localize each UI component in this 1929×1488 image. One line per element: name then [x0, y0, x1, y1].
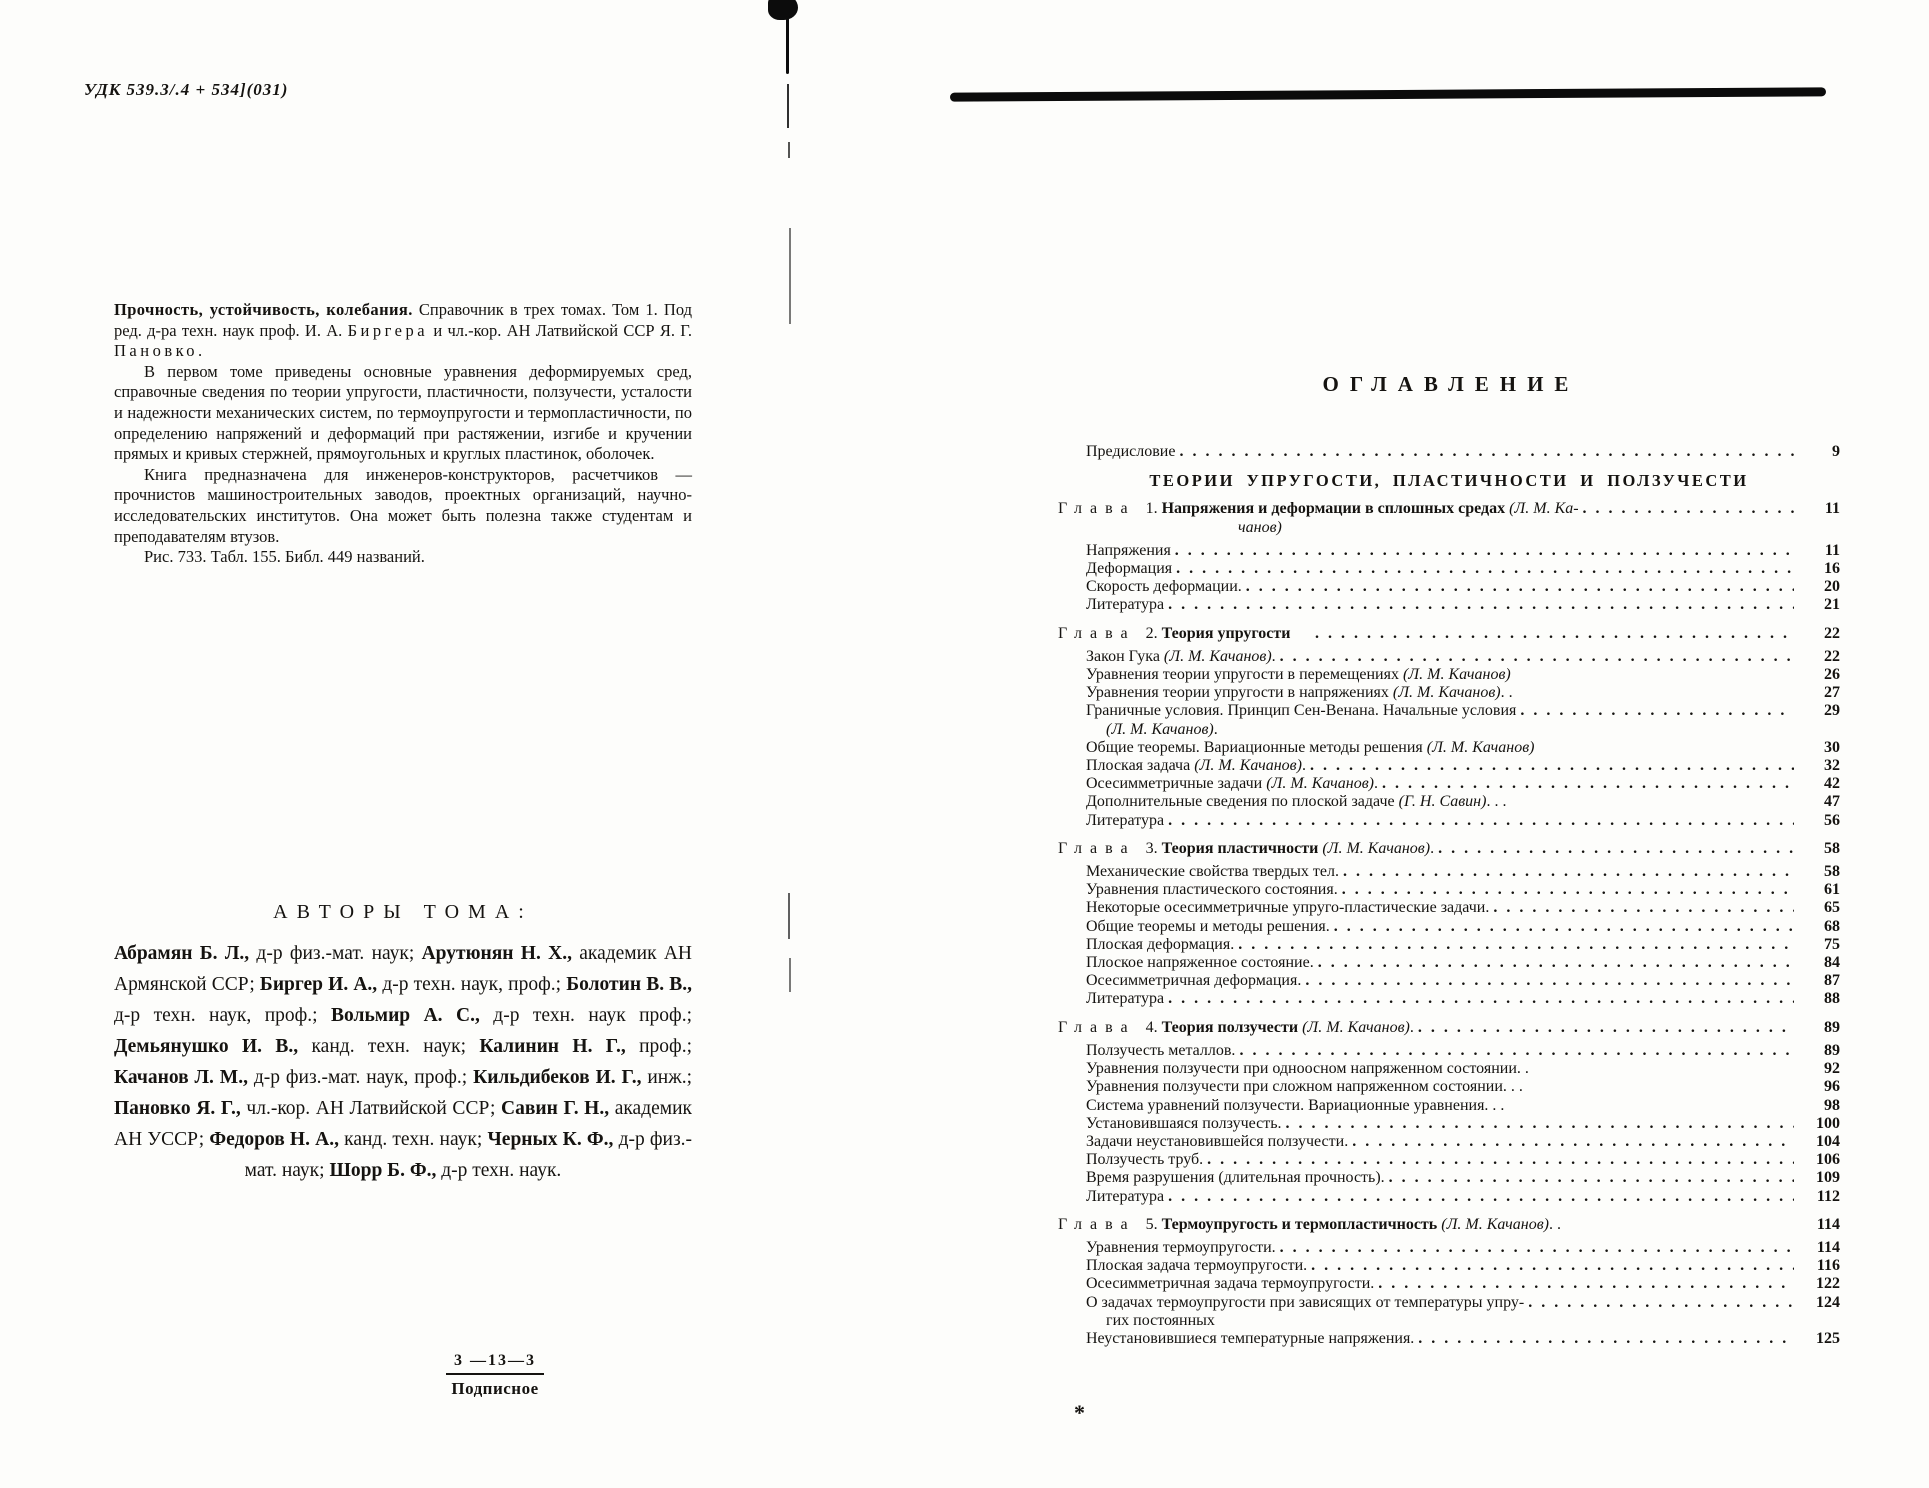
toc-text-segment: (Л. М. Качанов) [1164, 648, 1272, 665]
toc-entry-label: Глава1. Напряжения и деформации в сплошн… [1058, 500, 1579, 536]
toc-chapter-row: Глава1. Напряжения и деформации в сплошн… [1058, 500, 1840, 536]
toc-text-segment: Плоское напряженное состояние. [1086, 954, 1314, 971]
toc-page-number: 22 [1794, 625, 1840, 643]
toc-entry-label: Плоская деформация. [1086, 936, 1234, 954]
dot-leader [1164, 812, 1794, 830]
dot-leader [1311, 625, 1794, 643]
toc-text-segment: Литература [1086, 596, 1164, 613]
toc-entry-row: Осесимметричная задача термоупругости.12… [1086, 1275, 1840, 1293]
authors-paragraph: Абрамян Б. Л., д-р физ.-мат. наук; Арутю… [114, 938, 692, 1186]
toc-page-number: 125 [1794, 1330, 1840, 1348]
dot-leader [1301, 972, 1794, 990]
toc-text-segment: Уравнения теории упругости в перемещения… [1086, 666, 1403, 683]
toc-entry-row: Некоторые осесимметричные упруго-пластич… [1086, 899, 1840, 917]
dot-leader [1242, 578, 1794, 596]
toc-text-segment: Глава [1058, 1216, 1136, 1233]
toc-entry-label: Ползучесть труб. [1086, 1151, 1203, 1169]
toc-text-segment: Теория ползучести [1162, 1019, 1303, 1036]
dot-leader [1203, 1151, 1794, 1169]
toc-text-segment: Общие теоремы и методы решения. [1086, 918, 1330, 935]
author-title: д-р техн. наук, проф.; [114, 1005, 318, 1026]
toc-page-number: 88 [1794, 990, 1840, 1008]
toc-page-number: 116 [1794, 1257, 1840, 1275]
toc-text-segment: Уравнения теории упругости в напряжениях [1086, 684, 1393, 701]
toc-page-number: 114 [1794, 1239, 1840, 1257]
toc-page-number: 11 [1794, 500, 1840, 518]
toc-text-segment: . . . [1486, 793, 1506, 810]
toc-page-number: 109 [1794, 1169, 1840, 1187]
toc-entry-label: Неустановившиеся температурные напряжени… [1086, 1330, 1414, 1348]
toc-text-segment: (Л. М. Качанов) [1393, 684, 1501, 701]
toc-text-segment: Задачи неустановившейся ползучести. [1086, 1133, 1348, 1150]
dot-leader [1579, 500, 1794, 518]
author-title: чл.-кор. АН Латвийской ССР; [246, 1098, 495, 1119]
toc-entry-row: Напряжения11 [1086, 542, 1840, 560]
toc-text-segment: . [1214, 721, 1218, 738]
toc-entry-label: Скорость деформации. [1086, 578, 1242, 596]
dot-leader [1276, 1239, 1794, 1257]
author-title: канд. техн. наук; [312, 1036, 467, 1057]
page-fold-artifact [789, 958, 791, 992]
toc-page-number: 114 [1794, 1216, 1840, 1234]
dot-leader [1164, 990, 1794, 1008]
author-name: Биргер И. А., [260, 974, 377, 995]
dot-leader [1171, 542, 1794, 560]
toc-entry-row: Осесимметричные задачи (Л. М. Качанов).4… [1086, 775, 1840, 793]
toc-entry-row: Уравнения ползучести при сложном напряже… [1086, 1078, 1840, 1096]
toc-page-number: 68 [1794, 918, 1840, 936]
toc-text-segment: Уравнения термоупругости. [1086, 1239, 1276, 1256]
toc-page-number: 21 [1794, 596, 1840, 614]
toc-page-number: 58 [1794, 840, 1840, 858]
toc-entry-label: Уравнения теории упругости в перемещения… [1086, 666, 1511, 684]
toc-text-segment: Осесимметричные задачи [1086, 775, 1266, 792]
dot-leader [1339, 863, 1794, 881]
toc-text-segment: . . [1501, 684, 1513, 701]
toc-entry-label: Плоская задача (Л. М. Качанов). [1086, 757, 1306, 775]
toc-entry-label: Уравнения пластического состояния. [1086, 881, 1338, 899]
toc-entry-row: Предисловие9 [1086, 443, 1840, 461]
toc-title: ОГЛАВЛЕНИЕ [1060, 372, 1842, 397]
author-title: канд. техн. наук; [344, 1129, 482, 1150]
dot-leader [1307, 1257, 1794, 1275]
toc-text-segment: Предисловие [1086, 443, 1175, 460]
toc-entry-row: Ползучесть металлов.89 [1086, 1042, 1840, 1060]
toc-entry-row: Плоская задача термоупругости.116 [1086, 1257, 1840, 1275]
toc-text-segment: Неустановившиеся температурные напряжени… [1086, 1330, 1414, 1347]
toc-text-segment: Глава [1058, 625, 1136, 642]
dot-leader [1414, 1019, 1794, 1037]
toc-entry-row: Уравнения теории упругости в напряжениях… [1086, 684, 1840, 702]
dot-leader [1434, 840, 1794, 858]
author-name: Болотин В. В., [566, 974, 692, 995]
toc-entry-row: Система уравнений ползучести. Вариационн… [1086, 1097, 1840, 1115]
author-name: Вольмир А. С., [331, 1005, 480, 1026]
toc-text-segment: гих постоянных [1106, 1312, 1215, 1329]
toc-page-number: 47 [1794, 793, 1840, 811]
toc-entry-row: Задачи неустановившейся ползучести.104 [1086, 1133, 1840, 1151]
toc-entry-row: Плоская деформация.75 [1086, 936, 1840, 954]
editor-name: Пановко. [114, 341, 206, 360]
toc-text-segment: (Л. М. Качанов) [1302, 1019, 1410, 1036]
toc-page-number: 100 [1794, 1115, 1840, 1133]
toc-text-segment: Уравнения пластического состояния. [1086, 881, 1338, 898]
toc-page-number: 104 [1794, 1133, 1840, 1151]
toc-page-number: 106 [1794, 1151, 1840, 1169]
toc-page-number: 89 [1794, 1019, 1840, 1037]
toc-entry-label: Предисловие [1086, 443, 1175, 461]
toc-entry-label: О задачах термоупругости при зависящих о… [1086, 1294, 1524, 1330]
toc-entry-row: Граничные условия. Принцип Сен-Венана. Н… [1086, 702, 1840, 738]
toc-text-segment: Скорость деформации. [1086, 578, 1242, 595]
author-title: д-р техн. наук, проф.; [382, 974, 561, 995]
toc-text-segment: . . [1549, 1216, 1561, 1233]
toc-entry-row: Литература21 [1086, 596, 1840, 614]
author-name: Кильдибеков И. Г., [473, 1067, 641, 1088]
toc-text-segment: 5. [1146, 1216, 1162, 1233]
toc-entry-label: Осесимметричная задача термоупругости. [1086, 1275, 1374, 1293]
toc-page-number: 89 [1794, 1042, 1840, 1060]
toc-text-segment: О задачах термоупругости при зависящих о… [1086, 1294, 1524, 1311]
toc-chapter-row: Глава2. Теория упругости22 [1058, 625, 1840, 643]
toc-entry-row: Плоское напряженное состояние.84 [1086, 954, 1840, 972]
toc-entry-row: Деформация16 [1086, 560, 1840, 578]
toc-text-segment: Ползучесть труб. [1086, 1151, 1203, 1168]
dot-leader [1524, 1294, 1794, 1312]
toc-text-segment: (Л. М. Качанов) [1441, 1216, 1549, 1233]
editor-name: Биргера [348, 321, 429, 340]
toc-text-segment: Напряжения и деформации в сплошных среда… [1162, 500, 1510, 517]
udc-number: УДК 539.3/.4 + 534](031) [84, 80, 288, 100]
dot-leader [1164, 1188, 1794, 1206]
toc-entry-label: Литература [1086, 812, 1164, 830]
toc-page-number: 42 [1794, 775, 1840, 793]
scanned-book-spread: { "left_page": { "udc": "УДК 539.3/.4 + … [0, 0, 1929, 1488]
toc-page-number: 26 [1794, 666, 1840, 684]
toc-page-number: 58 [1794, 863, 1840, 881]
dot-leader [1306, 757, 1794, 775]
toc-text-segment: Глава [1058, 500, 1136, 517]
annotation-stats: Рис. 733. Табл. 155. Библ. 449 названий. [114, 547, 692, 568]
dot-leader [1282, 1115, 1794, 1133]
toc-text-segment: Уравнения ползучести при одноосном напря… [1086, 1060, 1529, 1077]
toc-entry-row: Уравнения пластического состояния.61 [1086, 881, 1840, 899]
author-name: Пановко Я. Г., [114, 1098, 241, 1119]
dot-leader [1314, 954, 1794, 972]
dot-leader [1175, 443, 1794, 461]
toc-entry-row: О задачах термоупругости при зависящих о… [1086, 1294, 1840, 1330]
toc-entry-row: Скорость деформации.20 [1086, 578, 1840, 596]
toc-text-segment: Система уравнений ползучести. Вариационн… [1086, 1097, 1504, 1114]
toc-text-segment: Общие теоремы. Вариационные методы решен… [1086, 739, 1427, 756]
toc-entry-row: Общие теоремы и методы решения.68 [1086, 918, 1840, 936]
table-of-contents: Предисловие9ТЕОРИИ УПРУГОСТИ, ПЛАСТИЧНОС… [1058, 443, 1840, 1348]
author-title: проф.; [639, 1036, 692, 1057]
toc-text-segment: Граничные условия. Принцип Сен-Венана. Н… [1086, 702, 1516, 719]
toc-entry-row: Установившаяся ползучесть.100 [1086, 1115, 1840, 1133]
toc-page-number: 65 [1794, 899, 1840, 917]
toc-entry-row: Уравнения ползучести при одноосном напря… [1086, 1060, 1840, 1078]
toc-page-number: 87 [1794, 972, 1840, 990]
dot-leader [1164, 596, 1794, 614]
dot-leader [1338, 881, 1794, 899]
toc-page-number: 11 [1794, 542, 1840, 560]
toc-text-segment: Литература [1086, 990, 1164, 1007]
author-name: Калинин Н. Г., [479, 1036, 625, 1057]
toc-page-number: 16 [1794, 560, 1840, 578]
toc-text-segment: Литература [1086, 1188, 1164, 1205]
author-name: Демьянушко И. В., [114, 1036, 298, 1057]
author-title: д-р физ.-мат. наук, проф.; [254, 1067, 467, 1088]
ink-blob-artifact [768, 0, 798, 20]
page-fold-artifact [789, 228, 791, 324]
dot-leader [1378, 775, 1794, 793]
toc-entry-label: Задачи неустановившейся ползучести. [1086, 1133, 1348, 1151]
toc-text-segment: Напряжения [1086, 542, 1171, 559]
toc-entry-label: Осесимметричные задачи (Л. М. Качанов). [1086, 775, 1378, 793]
dot-leader [1516, 702, 1794, 720]
toc-part-header: ТЕОРИИ УПРУГОСТИ, ПЛАСТИЧНОСТИ И ПОЛЗУЧЕ… [1058, 472, 1840, 490]
toc-text-segment: 1. [1146, 500, 1162, 517]
toc-text-segment: Некоторые осесимметричные упруго-пластич… [1086, 899, 1489, 916]
toc-text-segment: Теория пластичности [1162, 840, 1323, 857]
toc-entry-row: Время разрушения (длительная прочность).… [1086, 1169, 1840, 1187]
dot-leader [1235, 1042, 1794, 1060]
dot-leader [1489, 899, 1794, 917]
toc-text-segment: Ползучесть металлов. [1086, 1042, 1235, 1059]
toc-entry-label: Литература [1086, 596, 1164, 614]
annotation-text: и чл.-кор. АН Латвийской ССР Я. Г. [433, 321, 692, 340]
toc-entry-row: Неустановившиеся температурные напряжени… [1086, 1330, 1840, 1348]
page-fold-artifact [786, 16, 789, 74]
toc-entry-row: Общие теоремы. Вариационные методы решен… [1086, 739, 1840, 757]
dot-leader [1330, 918, 1794, 936]
toc-text-segment: (Л. М. Качанов) [1194, 757, 1302, 774]
toc-text-segment: 2. [1146, 625, 1162, 642]
toc-page-number: 20 [1794, 578, 1840, 596]
book-title: Прочность, устойчивость, колебания. [114, 300, 413, 319]
toc-page-number: 84 [1794, 954, 1840, 972]
imprint-code: 3 —13—3 [446, 1352, 544, 1375]
toc-chapter-row: Глава4. Теория ползучести (Л. М. Качанов… [1058, 1019, 1840, 1037]
author-title: инж.; [647, 1067, 692, 1088]
toc-entry-row: Осесимметричная деформация.87 [1086, 972, 1840, 990]
dot-leader [1385, 1169, 1794, 1187]
toc-text-segment: (Л. М. Качанов) [1322, 840, 1430, 857]
toc-text-segment: Глава [1058, 1019, 1136, 1036]
page-fold-artifact [787, 84, 789, 128]
toc-entry-row: Литература112 [1086, 1188, 1840, 1206]
author-name: Федоров Н. А., [209, 1129, 339, 1150]
toc-page-number: 27 [1794, 684, 1840, 702]
toc-entry-label: Глава2. Теория упругости [1058, 625, 1311, 643]
toc-text-segment: 3. [1146, 840, 1162, 857]
author-title: д-р техн. наук проф.; [493, 1005, 692, 1026]
page-fold-artifact [788, 142, 790, 158]
toc-entry-row: Уравнения теории упругости в перемещения… [1086, 666, 1840, 684]
toc-page-number: 96 [1794, 1078, 1840, 1096]
toc-entry-label: Ползучесть металлов. [1086, 1042, 1235, 1060]
toc-entry-label: Установившаяся ползучесть. [1086, 1115, 1282, 1133]
toc-text-segment: (Л. М. Ка- [1509, 500, 1578, 517]
toc-entry-row: Плоская задача (Л. М. Качанов).32 [1086, 757, 1840, 775]
toc-entry-row: Механические свойства твердых тел.58 [1086, 863, 1840, 881]
toc-text-segment: Дополнительные сведения по плоской задач… [1086, 793, 1399, 810]
toc-entry-label: Глава5. Термоупругость и термопластичнос… [1058, 1216, 1561, 1234]
annotation-block: Прочность, устойчивость, колебания. Спра… [114, 300, 692, 568]
toc-entry-label: Литература [1086, 990, 1164, 1008]
imprint: 3 —13—3 Подписное [425, 1352, 565, 1399]
toc-page-number: 124 [1794, 1294, 1840, 1312]
author-name: Черных К. Ф., [487, 1129, 613, 1150]
author-name: Шорр Б. Ф., [329, 1160, 436, 1181]
toc-entry-label: Время разрушения (длительная прочность). [1086, 1169, 1385, 1187]
toc-text-segment: (Л. М. Качанов) [1266, 775, 1374, 792]
toc-page-number: 61 [1794, 881, 1840, 899]
footnote-asterisk: * [1074, 1400, 1085, 1426]
toc-text-segment: Установившаяся ползучесть. [1086, 1115, 1282, 1132]
toc-text-segment: (Г. Н. Савин) [1399, 793, 1487, 810]
toc-entry-label: Глава3. Теория пластичности (Л. М. Качан… [1058, 840, 1434, 858]
toc-text-segment: Глава [1058, 840, 1136, 857]
toc-text-segment: Осесимметричная задача термоупругости. [1086, 1275, 1374, 1292]
toc-chapter-row: Глава5. Термоупругость и термопластичнос… [1058, 1216, 1840, 1234]
author-name: Качанов Л. М., [114, 1067, 248, 1088]
toc-text-segment: Деформация [1086, 560, 1172, 577]
toc-text-segment: Осесимметричная деформация. [1086, 972, 1301, 989]
toc-entry-label: Плоское напряженное состояние. [1086, 954, 1314, 972]
toc-text-segment: Время разрушения (длительная прочность). [1086, 1169, 1385, 1186]
toc-entry-label: Закон Гука (Л. М. Качанов). [1086, 648, 1276, 666]
toc-entry-label: Уравнения ползучести при сложном напряже… [1086, 1078, 1523, 1096]
toc-entry-label: Напряжения [1086, 542, 1171, 560]
toc-page-number: 75 [1794, 936, 1840, 954]
toc-entry-label: Некоторые осесимметричные упруго-пластич… [1086, 899, 1489, 917]
author-name: Савин Г. Н., [501, 1098, 609, 1119]
dot-leader [1172, 560, 1794, 578]
toc-entry-label: Осесимметричная деформация. [1086, 972, 1301, 990]
toc-entry-row: Литература56 [1086, 812, 1840, 830]
author-title: д-р техн. наук. [441, 1160, 561, 1181]
toc-text-segment: Плоская задача термоупругости. [1086, 1257, 1307, 1274]
toc-entry-label: Деформация [1086, 560, 1172, 578]
toc-page-number: 56 [1794, 812, 1840, 830]
toc-text-segment: Литература [1086, 812, 1164, 829]
toc-entry-label: Глава4. Теория ползучести (Л. М. Качанов… [1058, 1019, 1414, 1037]
toc-entry-label: Уравнения ползучести при одноосном напря… [1086, 1060, 1529, 1078]
toc-entry-row: Закон Гука (Л. М. Качанов).22 [1086, 648, 1840, 666]
toc-entry-row: Дополнительные сведения по плоской задач… [1086, 793, 1840, 811]
author-name: Абрамян Б. Л., [114, 943, 249, 964]
authors-heading: АВТОРЫ ТОМА: [114, 901, 692, 924]
dot-leader [1348, 1133, 1794, 1151]
toc-text-segment: (Л. М. Качанов) [1106, 721, 1214, 738]
toc-text-segment: (Л. М. Качанов) [1403, 666, 1511, 683]
toc-entry-label: Система уравнений ползучести. Вариационн… [1086, 1097, 1504, 1115]
imprint-subscription: Подписное [425, 1379, 565, 1399]
toc-page-number: 30 [1794, 739, 1840, 757]
toc-text-segment: Механические свойства твердых тел. [1086, 863, 1339, 880]
toc-text-segment: Плоская задача [1086, 757, 1194, 774]
toc-text-segment: Уравнения ползучести при сложном напряже… [1086, 1078, 1523, 1095]
toc-page-number: 29 [1794, 702, 1840, 720]
toc-chapter-row: Глава3. Теория пластичности (Л. М. Качан… [1058, 840, 1840, 858]
toc-entry-label: Общие теоремы и методы решения. [1086, 918, 1330, 936]
toc-page-number: 92 [1794, 1060, 1840, 1078]
toc-entry-label: Граничные условия. Принцип Сен-Венана. Н… [1086, 702, 1516, 738]
toc-entry-label: Уравнения теории упругости в напряжениях… [1086, 684, 1513, 702]
annotation-paragraph: В первом томе приведены основные уравнен… [114, 362, 692, 465]
dot-leader [1234, 936, 1794, 954]
toc-page-number: 122 [1794, 1275, 1840, 1293]
toc-entry-row: Ползучесть труб.106 [1086, 1151, 1840, 1169]
toc-text-segment: Закон Гука [1086, 648, 1164, 665]
toc-text-segment: чанов) [1238, 519, 1282, 536]
toc-entry-label: Уравнения термоупругости. [1086, 1239, 1276, 1257]
toc-entry-label: Механические свойства твердых тел. [1086, 863, 1339, 881]
toc-text-segment: (Л. М. Качанов) [1427, 739, 1535, 756]
toc-text-segment: 4. [1146, 1019, 1162, 1036]
author-title: д-р физ.-мат. наук; [256, 943, 414, 964]
annotation-paragraph: Прочность, устойчивость, колебания. Спра… [114, 300, 692, 362]
toc-page-number: 9 [1794, 443, 1840, 461]
page-fold-artifact [788, 893, 790, 939]
toc-text-segment: Теория упругости [1162, 625, 1291, 642]
dot-leader [1414, 1330, 1794, 1348]
toc-text-segment: Термоупругость и термопластичность [1162, 1216, 1442, 1233]
toc-entry-label: Плоская задача термоупругости. [1086, 1257, 1307, 1275]
dot-leader [1276, 648, 1794, 666]
toc-page-number: 98 [1794, 1097, 1840, 1115]
author-name: Арутюнян Н. Х., [422, 943, 572, 964]
dot-leader [1374, 1275, 1794, 1293]
toc-entry-label: Литература [1086, 1188, 1164, 1206]
toc-text-segment: Плоская деформация. [1086, 936, 1234, 953]
toc-entry-label: Общие теоремы. Вариационные методы решен… [1086, 739, 1534, 757]
toc-entry-row: Уравнения термоупругости.114 [1086, 1239, 1840, 1257]
top-rule-artifact [950, 87, 1826, 101]
annotation-paragraph: Книга предназначена для инженеров-констр… [114, 465, 692, 547]
toc-page-number: 22 [1794, 648, 1840, 666]
toc-page-number: 112 [1794, 1188, 1840, 1206]
toc-entry-row: Литература88 [1086, 990, 1840, 1008]
toc-page-number: 32 [1794, 757, 1840, 775]
toc-entry-label: Дополнительные сведения по плоской задач… [1086, 793, 1506, 811]
